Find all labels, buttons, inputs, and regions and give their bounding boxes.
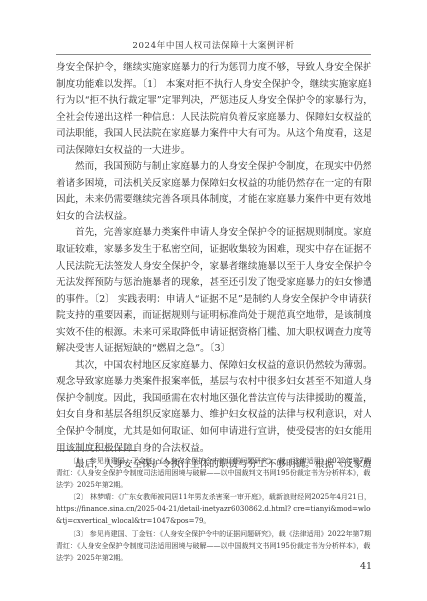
body-text: 身安全保护令，继续实施家庭暴力的行为惩罚力度不够，导致人身安全保护令的制度功能难… bbox=[56, 60, 371, 474]
footnote-line: 〔1〕 参见肖建国、丁金钰：《人身安全保护令中的证据问题研究》，载《法律适用》2… bbox=[56, 455, 371, 467]
body-line: 解决受害人证据短缺的“燃眉之急”。〔3〕 bbox=[56, 341, 371, 358]
body-line: 然而，我国预防与制止家庭暴力的人身安全保护令制度，在现实中仍然面临 bbox=[56, 159, 371, 176]
body-line: 取证较难，家暴多发生于私密空间，证据收集较为困难，现实中存在证据不足使 bbox=[56, 242, 371, 259]
footnote-divider bbox=[57, 450, 137, 451]
header-divider bbox=[56, 54, 371, 55]
body-line: 其次，中国农村地区反家庭暴力、保障妇女权益的意识仍然较为薄弱。传统 bbox=[56, 358, 371, 375]
body-line: 司法保障妇女权益的一大进步。 bbox=[56, 143, 371, 160]
body-line: 无法发挥预防与惩治施暴者的现象，甚至还引发了饱受家庭暴力的妇女惨遭杀害 bbox=[56, 275, 371, 292]
body-line: 院支持的重要因素，而证据规则与证明标准尚处于规范真空地带，是该制度运行 bbox=[56, 308, 371, 325]
body-line: 实效不佳的根源。未来可采取降低申请证据资格门槛、加大职权调查力度等手段 bbox=[56, 325, 371, 342]
body-line: 制度功能难以发挥。〔1〕 本案对拒不执行人身安全保护令，继续实施家庭暴力的 bbox=[56, 77, 371, 94]
body-line: 观念导致家庭暴力类案件报案率低，基层与农村中很多妇女甚至不知道人身安全 bbox=[56, 374, 371, 391]
footnotes: 〔1〕 参见肖建国、丁金钰：《人身安全保护令中的证据问题研究》，载《法律适用》2… bbox=[56, 455, 371, 564]
body-line: 保护令制度。因此，我国亟需在农村地区强化普法宣传与法律援助的覆盖，提高 bbox=[56, 391, 371, 408]
body-line: 司法职能，我国人民法院在家庭暴力案件中大有可为。从这个角度看，这是我国 bbox=[56, 126, 371, 143]
footnote-line: 法学》2025年第2期。 bbox=[56, 479, 371, 491]
body-line: 着诸多困境，司法机关反家庭暴力保障妇女权益的功能仍然存在一定的有限性。 bbox=[56, 176, 371, 193]
body-line: 全保护令制度，尤其是如何取证、如何申请进行宣讲，使受侵害的妇女能用与善 bbox=[56, 424, 371, 441]
footnote-line: 法学》2025年第2期。 bbox=[56, 552, 371, 564]
body-line: 身安全保护令，继续实施家庭暴力的行为惩罚力度不够，导致人身安全保护令的 bbox=[56, 60, 371, 77]
body-line: 妇女的合法权益。 bbox=[56, 209, 371, 226]
body-line: 首先，完善家庭暴力类案件申请人身安全保护令的证据规则制度。家庭暴力 bbox=[56, 225, 371, 242]
body-line: 行为以“拒不执行裁定罪”定罪判决，严惩违反人身安全保护令的家暴行为，向 bbox=[56, 93, 371, 110]
body-line: 人民法院无法签发人身安全保护令，家暴者继续施暴以至于人身安全保护令制度 bbox=[56, 259, 371, 276]
body-line: 因此，未来仍需要继续完善各项具体制度，才能在家庭暴力案件中更有效地保障 bbox=[56, 192, 371, 209]
page-number: 41 bbox=[360, 561, 372, 572]
footnote-line: 〔2〕 林梦晴：《广东女教师被同居11年男友杀害案一审开庭》，载新浪财经网202… bbox=[56, 491, 371, 503]
body-line: 妇女自身和基层各组织反家庭暴力、维护妇女权益的法律与权利意识，对人身安 bbox=[56, 407, 371, 424]
body-line: 全社会传递出这样一种信息：人民法院肩负着反家庭暴力、保障妇女权益的重要 bbox=[56, 110, 371, 127]
document-page: 2024年中国人权司法保障十大案例评析 身安全保护令，继续实施家庭暴力的行为惩罚… bbox=[0, 0, 427, 601]
footnote-line: 青红：《人身安全保护令制度司法适用困境与破解——以中国裁判文书网195份裁定书为… bbox=[56, 467, 371, 479]
footnote-line: 青红：《人身安全保护令制度司法适用困境与破解——以中国裁判文书网195份裁定书为… bbox=[56, 540, 371, 552]
footnote-line: 〔3〕 参见肖建国、丁金钰：《人身安全保护令中的证据问题研究》，载《法律适用》2… bbox=[56, 528, 371, 540]
footnote-line: https://finance.sina.cn/2025-04-21/detai… bbox=[56, 503, 371, 515]
running-header-title: 2024年中国人权司法保障十大案例评析 bbox=[56, 39, 371, 51]
body-line: 的事件。〔2〕 实践表明：申请人“证据不足”是制约人身安全保护令申请获得法 bbox=[56, 292, 371, 309]
footnote-line: &tj=cxvertical_wlocal&tr=1047&pos=79。 bbox=[56, 515, 371, 527]
